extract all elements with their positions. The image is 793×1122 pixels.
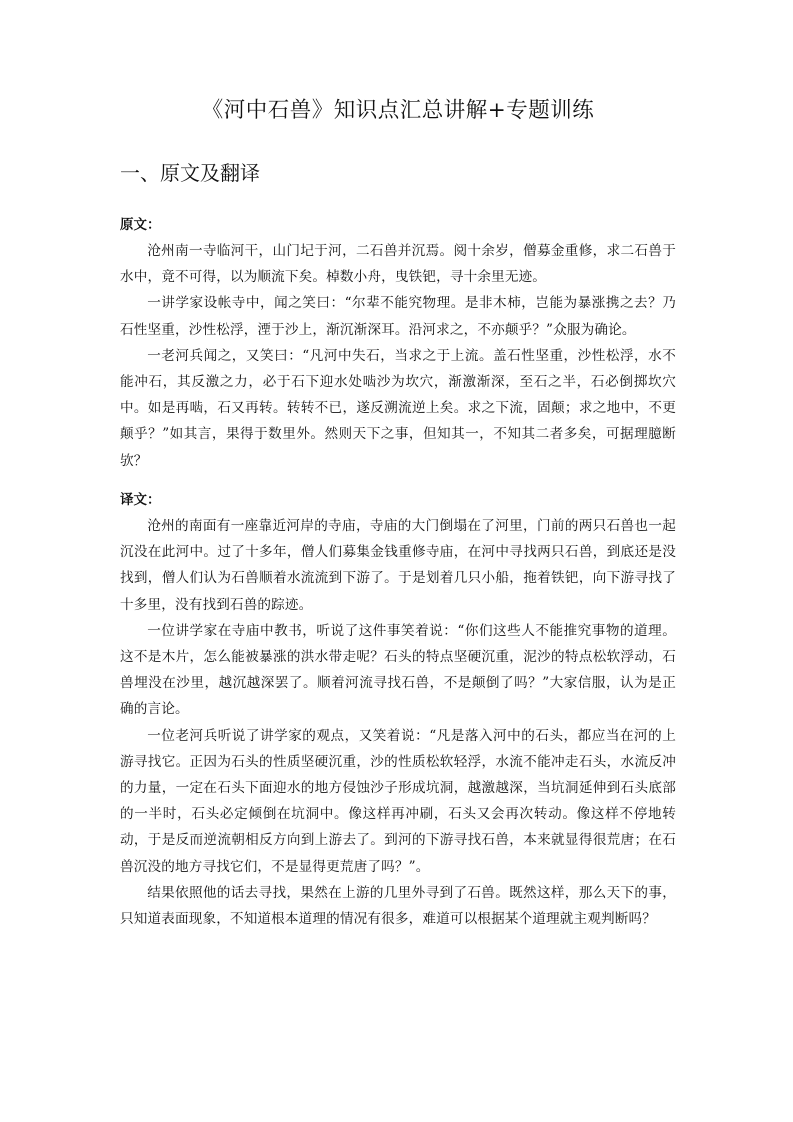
translation-paragraph: 结果依照他的话去寻找，果然在上游的几里外寻到了石兽。既然这样，那么天下的事，只知… [120,880,676,932]
original-text-section: 原文： 沧州南一寺临河干，山门圮于河，二石兽并沉焉。阅十余岁，僧募金重修，求二石… [120,213,676,474]
translation-paragraph: 一位老河兵听说了讲学家的观点，又笑着说：“凡是落入河中的石头，都应当在河的上游寻… [120,723,676,880]
original-label: 原文： [120,213,676,238]
translation-paragraph: 沧州的南面有一座靠近河岸的寺庙，寺庙的大门倒塌在了河里，门前的两只石兽也一起沉没… [120,513,676,618]
document-title: 《河中石兽》知识点汇总讲解+专题训练 [120,93,676,124]
translation-label: 译文： [120,488,676,513]
translation-section: 译文： 沧州的南面有一座靠近河岸的寺庙，寺庙的大门倒塌在了河里，门前的两只石兽也… [120,488,676,932]
translation-paragraph: 一位讲学家在寺庙中教书，听说了这件事笑着说：“你们这些人不能推究事物的道理。这不… [120,618,676,723]
original-paragraph: 沧州南一寺临河干，山门圮于河，二石兽并沉焉。阅十余岁，僧募金重修，求二石兽于水中… [120,238,676,290]
section-heading: 一、原文及翻译 [120,157,260,186]
original-paragraph: 一讲学家设帐寺中，闻之笑曰：“尔辈不能究物理。是非木柿，岂能为暴涨携之去？乃石性… [120,290,676,342]
original-paragraph: 一老河兵闻之，又笑曰：“凡河中失石，当求之于上流。盖石性坚重，沙性松浮，水不能冲… [120,343,676,474]
